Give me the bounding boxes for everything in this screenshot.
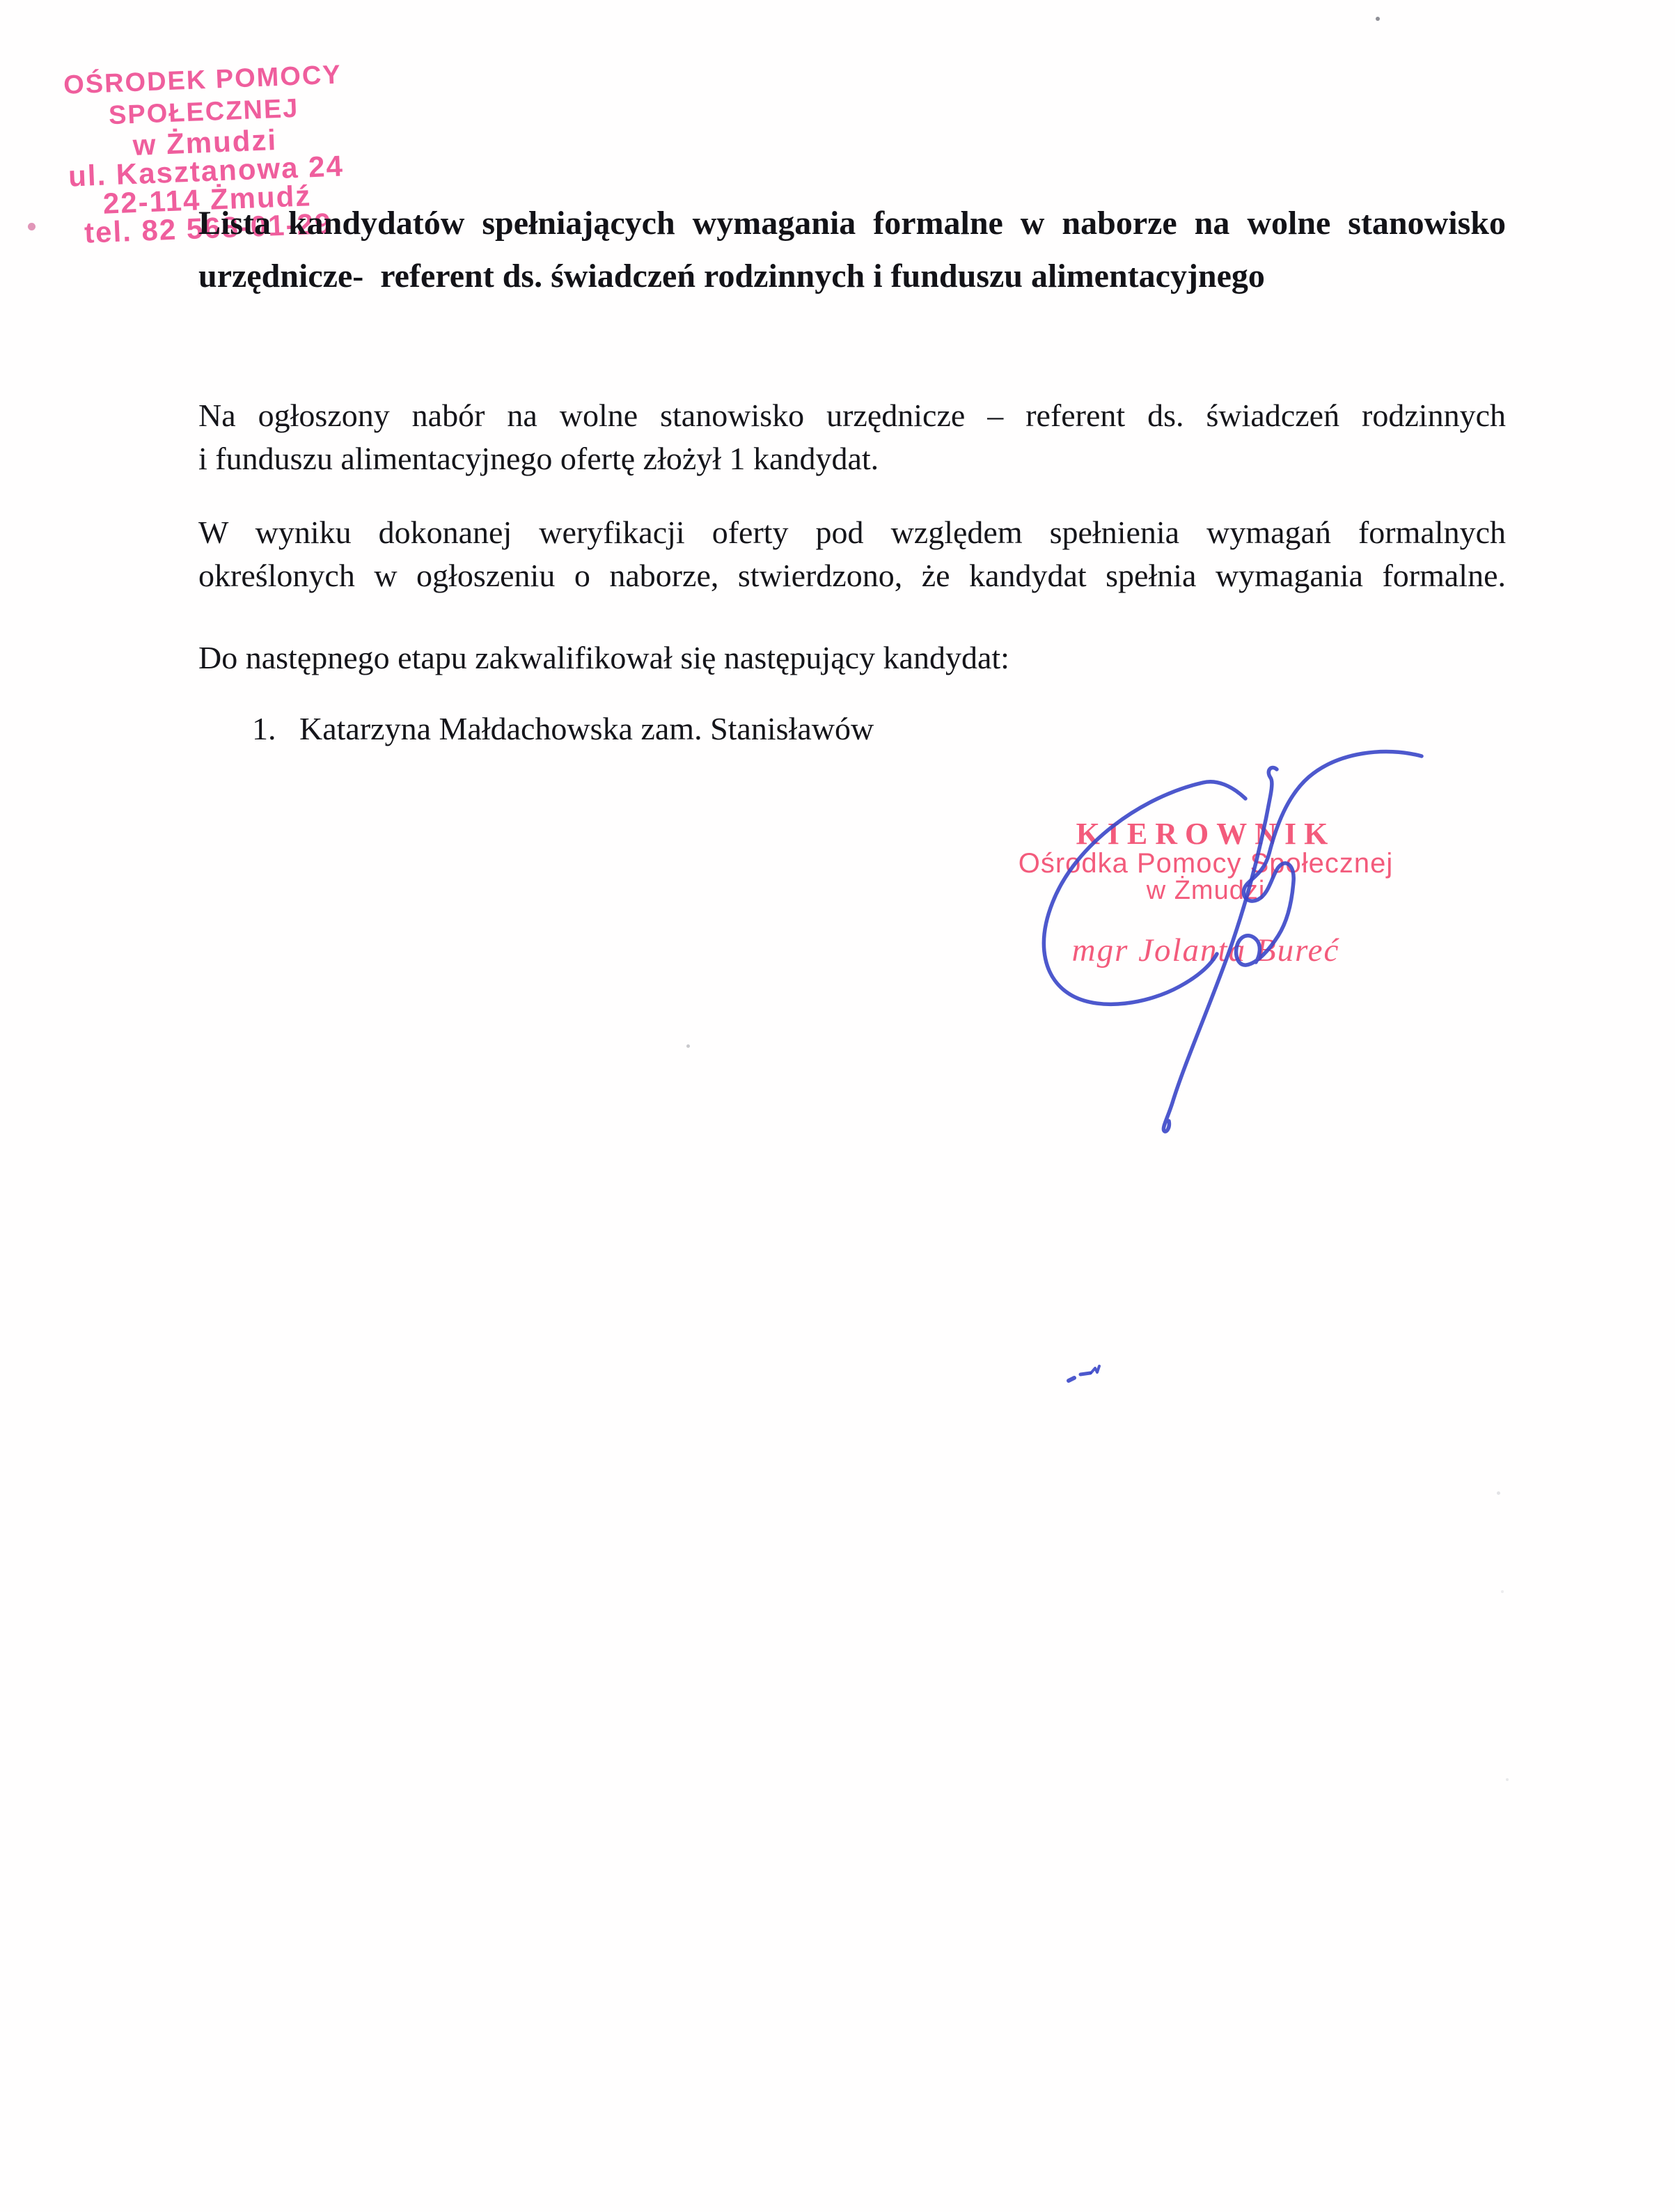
paragraph-1-line-1: Na ogłoszony nabór na wolne stanowisko u… — [198, 394, 1506, 437]
document-title: Lista kandydatów spełniających wymagania… — [198, 197, 1506, 303]
candidate-list-item: 1.Katarzyna Małdachowska zam. Stanisławó… — [198, 707, 1506, 751]
paragraph-1: Na ogłoszony nabór na wolne stanowisko u… — [198, 394, 1506, 480]
scan-speck — [1497, 1491, 1500, 1495]
scan-speck — [1376, 17, 1380, 21]
handwritten-signature — [0, 0, 1675, 2212]
stamp-role-title: KIEROWNIK — [997, 819, 1415, 849]
ink-speck — [1080, 1373, 1090, 1374]
stamp-place-line: w Żmudzi — [997, 877, 1415, 904]
signature-stamp: KIEROWNIK Ośrodka Pomocy Społecznej w Żm… — [997, 819, 1415, 968]
stamp-org-line: Ośrodka Pomocy Społecznej — [997, 849, 1415, 877]
title-line-1: Lista kandydatów spełniających wymagania… — [198, 197, 1506, 250]
paragraph-3-line-1: Do następnego etapu zakwalifikował się n… — [198, 636, 1506, 680]
scan-speck — [686, 1044, 690, 1048]
scanned-document-page: OŚRODEK POMOCY SPOŁECZNEJ w Żmudzi ul. K… — [0, 0, 1675, 2212]
ink-speck — [1091, 1366, 1099, 1373]
paragraph-3: Do następnego etapu zakwalifikował się n… — [198, 636, 1506, 680]
ink-speck — [1069, 1378, 1074, 1381]
scan-speck — [1506, 1778, 1509, 1781]
candidate-name: Katarzyna Małdachowska zam. Stanisławów — [299, 711, 874, 746]
candidate-number: 1. — [252, 707, 299, 751]
paragraph-2: W wyniku dokonanej weryfikacji oferty po… — [198, 511, 1506, 597]
scan-speck — [1501, 1590, 1504, 1593]
scan-speck — [28, 223, 36, 230]
paragraph-2-line-2: określonych w ogłoszeniu o naborze, stwi… — [198, 554, 1506, 597]
paragraph-1-line-2: i funduszu alimentacyjnego ofertę złożył… — [198, 437, 1506, 480]
title-line-2: urzędnicze- referent ds. świadczeń rodzi… — [198, 250, 1506, 303]
stamp-signer-name: mgr Jolanta Bureć — [997, 933, 1415, 968]
paragraph-2-line-1: W wyniku dokonanej weryfikacji oferty po… — [198, 511, 1506, 554]
